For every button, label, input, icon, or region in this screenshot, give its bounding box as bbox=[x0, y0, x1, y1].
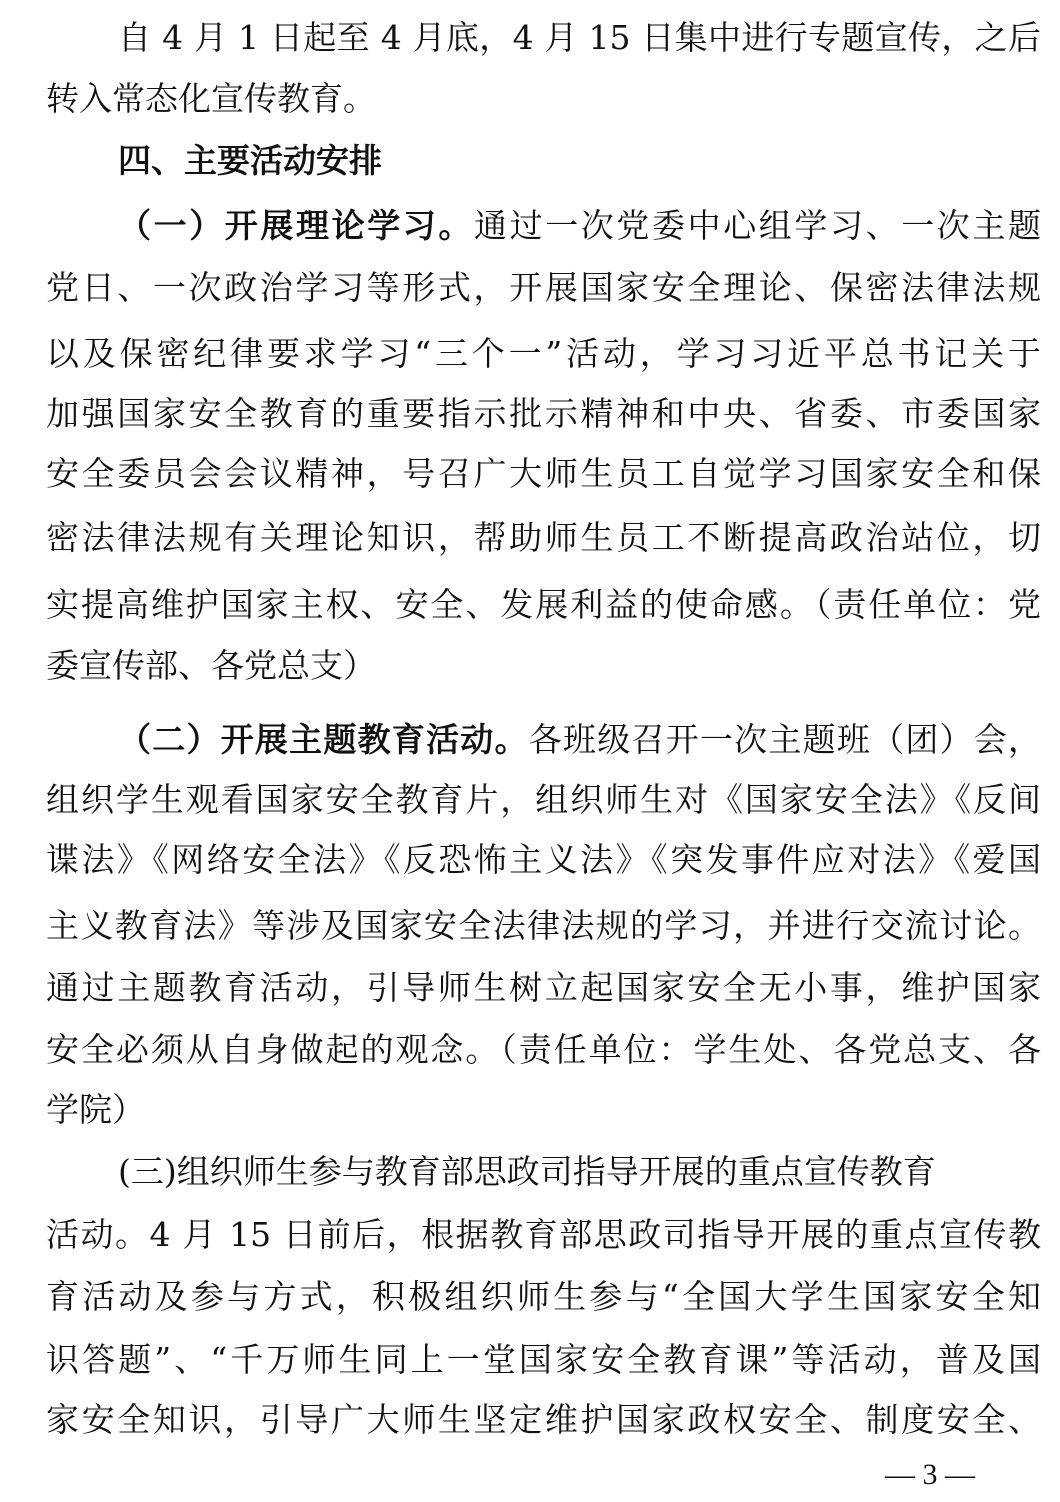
intro-line-2: 转入常态化宣传教育。 bbox=[46, 77, 1041, 121]
item-1-line: 委宣传部、各党总支） bbox=[46, 644, 1041, 688]
item-3-line: 活动。4 月 15 日前后，根据教育部思政司指导开展的重点宣传教 bbox=[46, 1213, 1041, 1257]
item-1-line: 以及保密纪律要求学习“三个一”活动，学习习近平总书记关于 bbox=[46, 332, 1041, 376]
item-3-lead: (三)组织师生参与教育部思政司指导开展的重点宣传教育 bbox=[118, 1152, 936, 1191]
item-2-line: 谍法》《网络安全法》《反恐怖主义法》《突发事件应对法》《爱国 bbox=[46, 838, 1041, 882]
item-2-first-line: （二）开展主题教育活动。各班级召开一次主题班（团）会， bbox=[118, 718, 1041, 762]
item-3-line: 识答题”、“千万师生同上一堂国家安全教育课”等活动，普及国 bbox=[46, 1338, 1041, 1382]
intro-line-1: 自 4 月 1 日起至 4 月底，4 月 15 日集中进行专题宣传，之后 bbox=[118, 16, 1041, 60]
page-number: — 3 — bbox=[870, 1458, 990, 1492]
section-heading: 四、主要活动安排 bbox=[118, 139, 1041, 183]
item-2-line-0: 各班级召开一次主题班（团）会， bbox=[529, 720, 1041, 759]
item-2-line: 组织学生观看国家安全教育片，组织师生对《国家安全法》《反间 bbox=[46, 778, 1041, 822]
item-3-first-line: (三)组织师生参与教育部思政司指导开展的重点宣传教育 bbox=[118, 1150, 1041, 1194]
item-1-line-0: 通过一次党委中心组学习、一次主题 bbox=[474, 206, 1041, 245]
item-2-line: 安全必须从自身做起的观念。（责任单位：学生处、各党总支、各 bbox=[46, 1028, 1041, 1072]
item-3-line: 家安全知识，引导广大师生坚定维护国家政权安全、制度安全、 bbox=[46, 1398, 1041, 1442]
item-1-line: 实提高维护国家主权、安全、发展利益的使命感。（责任单位：党 bbox=[46, 583, 1041, 627]
item-1-line: 加强国家安全教育的重要指示批示精神和中央、省委、市委国家 bbox=[46, 392, 1041, 436]
item-1-line: 安全委员会会议精神，号召广大师生员工自觉学习国家安全和保 bbox=[46, 452, 1041, 496]
item-3-line: 育活动及参与方式，积极组织师生参与“全国大学生国家安全知 bbox=[46, 1275, 1041, 1319]
item-2-line: 通过主题教育活动，引导师生树立起国家安全无小事，维护国家 bbox=[46, 966, 1041, 1010]
item-2-line: 学院） bbox=[46, 1088, 1041, 1132]
item-1-line: 党日、一次政治学习等形式，开展国家安全理论、保密法律法规 bbox=[46, 266, 1041, 310]
item-1-lead: （一）开展理论学习。 bbox=[118, 206, 474, 245]
document-page: 自 4 月 1 日起至 4 月底，4 月 15 日集中进行专题宣传，之后 转入常… bbox=[0, 0, 1060, 1502]
item-2-line: 主义教育法》等涉及国家安全法律法规的学习，并进行交流讨论。 bbox=[46, 904, 1041, 948]
item-1-first-line: （一）开展理论学习。通过一次党委中心组学习、一次主题 bbox=[118, 204, 1041, 248]
item-2-lead: （二）开展主题教育活动。 bbox=[118, 720, 529, 759]
item-1-line: 密法律法规有关理论知识，帮助师生员工不断提高政治站位，切 bbox=[46, 516, 1041, 560]
